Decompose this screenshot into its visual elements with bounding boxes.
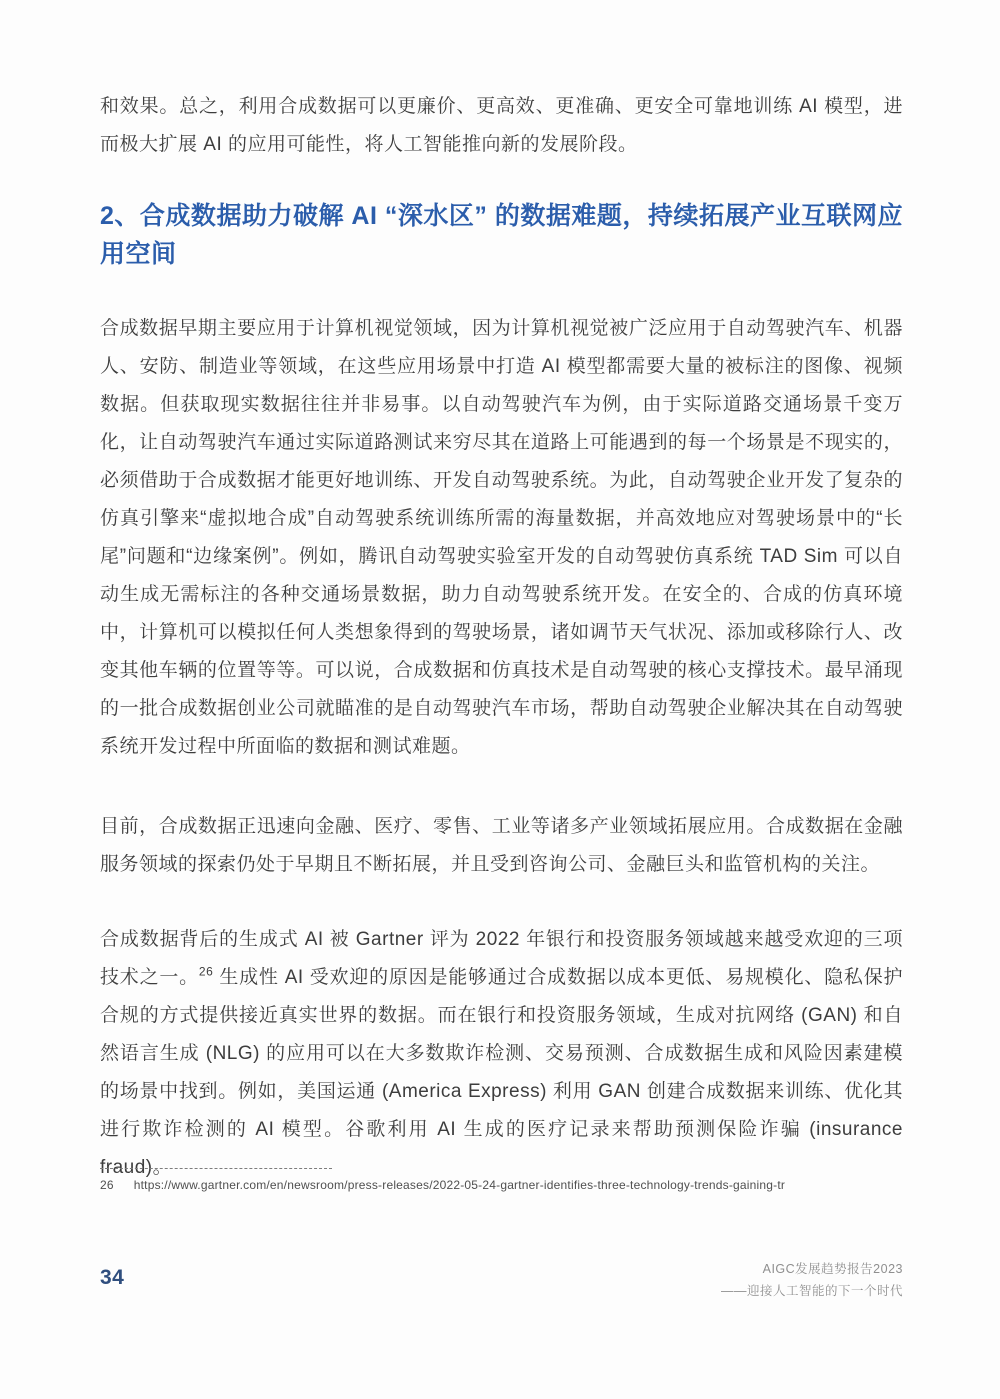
paragraph-synthetic-data-cv: 合成数据早期主要应用于计算机视觉领域，因为计算机视觉被广泛应用于自动驾驶汽车、机… bbox=[100, 310, 903, 766]
footer-report-title: AIGC发展趋势报告2023 bbox=[721, 1258, 903, 1280]
page-number: 34 bbox=[100, 1258, 124, 1290]
page-footer: 34 AIGC发展趋势报告2023 ——迎接人工智能的下一个时代 bbox=[100, 1258, 903, 1302]
footnote-number: 26 bbox=[100, 1178, 114, 1192]
paragraph-industry-expansion: 目前，合成数据正迅速向金融、医疗、零售、工业等诸多产业领域拓展应用。合成数据在金… bbox=[100, 808, 903, 884]
footer-report-info: AIGC发展趋势报告2023 ——迎接人工智能的下一个时代 bbox=[721, 1258, 903, 1302]
footnote-url-link[interactable]: https://www.gartner.com/en/newsroom/pres… bbox=[134, 1178, 785, 1192]
footnote: 26 https://www.gartner.com/en/newsroom/p… bbox=[100, 1178, 903, 1192]
intro-paragraph: 和效果。总之，利用合成数据可以更廉价、更高效、更准确、更安全可靠地训练 AI 模… bbox=[100, 88, 903, 164]
section-heading: 2、合成数据助力破解 AI “深水区” 的数据难题，持续拓展产业互联网应用空间 bbox=[100, 197, 903, 273]
paragraph-text-after-ref: 生成性 AI 受欢迎的原因是能够通过合成数据以成本更低、易规模化、隐私保护合规的… bbox=[100, 967, 903, 1178]
footnote-ref: 26 bbox=[199, 965, 213, 979]
footer-report-subtitle: ——迎接人工智能的下一个时代 bbox=[721, 1280, 903, 1302]
footnote-block: 26 https://www.gartner.com/en/newsroom/p… bbox=[100, 1168, 903, 1192]
footnote-divider bbox=[100, 1168, 332, 1169]
page-content: 和效果。总之，利用合成数据可以更廉价、更高效、更准确、更安全可靠地训练 AI 模… bbox=[0, 0, 1000, 1187]
paragraph-gartner: 合成数据背后的生成式 AI 被 Gartner 评为 2022 年银行和投资服务… bbox=[100, 921, 903, 1187]
document-page: 和效果。总之，利用合成数据可以更廉价、更高效、更准确、更安全可靠地训练 AI 模… bbox=[0, 0, 1000, 1399]
